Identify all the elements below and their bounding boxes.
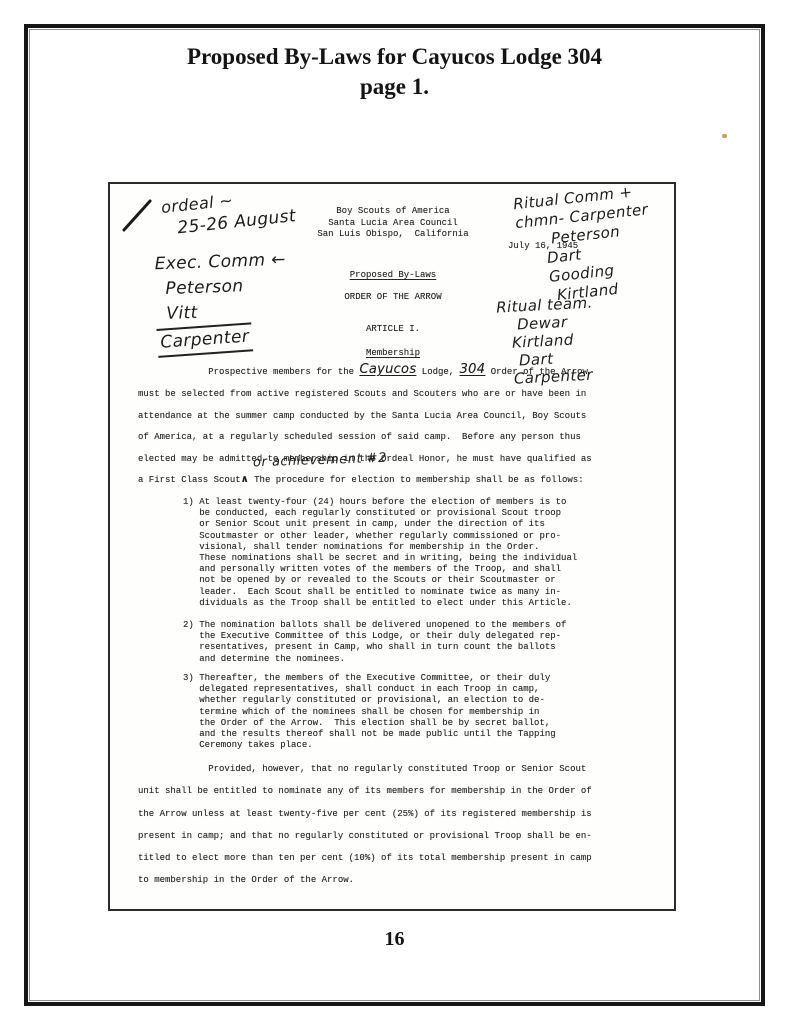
typed-article-heading: ARTICLE I.: [273, 324, 513, 334]
typed-council-address: Boy Scouts of America Santa Lucia Area C…: [273, 206, 513, 241]
page-title: Proposed By-Laws for Cayucos Lodge 304pa…: [0, 42, 789, 102]
page-title-line-2: page 1.: [360, 74, 429, 99]
paragraph-1-text-end: Order of the Arrow: [485, 367, 588, 377]
handwritten-lodge-name: Cayucos: [359, 362, 416, 377]
numbered-item-1: 1) At least twenty-four (24) hours befor…: [183, 497, 577, 609]
handwritten-caret: ∧: [241, 474, 249, 485]
scan-artifact-speck: [722, 134, 727, 138]
numbered-item-2: 2) The nomination ballots shall be deliv…: [183, 620, 566, 665]
handwritten-slash-mark: [122, 199, 152, 232]
document-scan: ordeal ~ 25-26 August Boy Scouts of Amer…: [108, 182, 676, 911]
paragraph-1-last-text-end: The procedure for election to membership…: [249, 475, 584, 485]
typed-document-title: Proposed By-Laws: [273, 270, 513, 280]
paragraph-1-last-line: a First Class Scout∧ The procedure for e…: [138, 472, 584, 488]
handwritten-ritual-committee-note: Ritual Comm + chmn- Carpenter Peterson D…: [512, 181, 657, 308]
page-title-line-1: Proposed By-Laws for Cayucos Lodge 304: [187, 44, 602, 69]
paragraph-1-text-start: Prospective members for the: [138, 367, 359, 377]
handwritten-exec-comm-member-emphasized: Carpenter: [156, 322, 253, 358]
handwritten-lodge-number: 304: [460, 362, 486, 377]
handwritten-exec-committee-note: Exec. Comm ← Peterson Vitt Carpenter: [154, 248, 289, 357]
handwritten-exec-comm-title: Exec. Comm ←: [154, 248, 286, 278]
typed-section-heading: Membership: [273, 348, 513, 358]
paragraph-1-text-mid: Lodge,: [416, 367, 459, 377]
paragraph-1-first-line: Prospective members for the Cayucos Lodg…: [138, 363, 588, 380]
numbered-item-3: 3) Thereafter, the members of the Execut…: [183, 673, 556, 751]
page-number: 16: [0, 928, 789, 951]
paragraph-1-last-text-start: a First Class Scout: [138, 475, 241, 485]
typed-order-of-the-arrow: ORDER OF THE ARROW: [273, 292, 513, 302]
closing-paragraph: Provided, however, that no regularly con…: [138, 758, 592, 892]
